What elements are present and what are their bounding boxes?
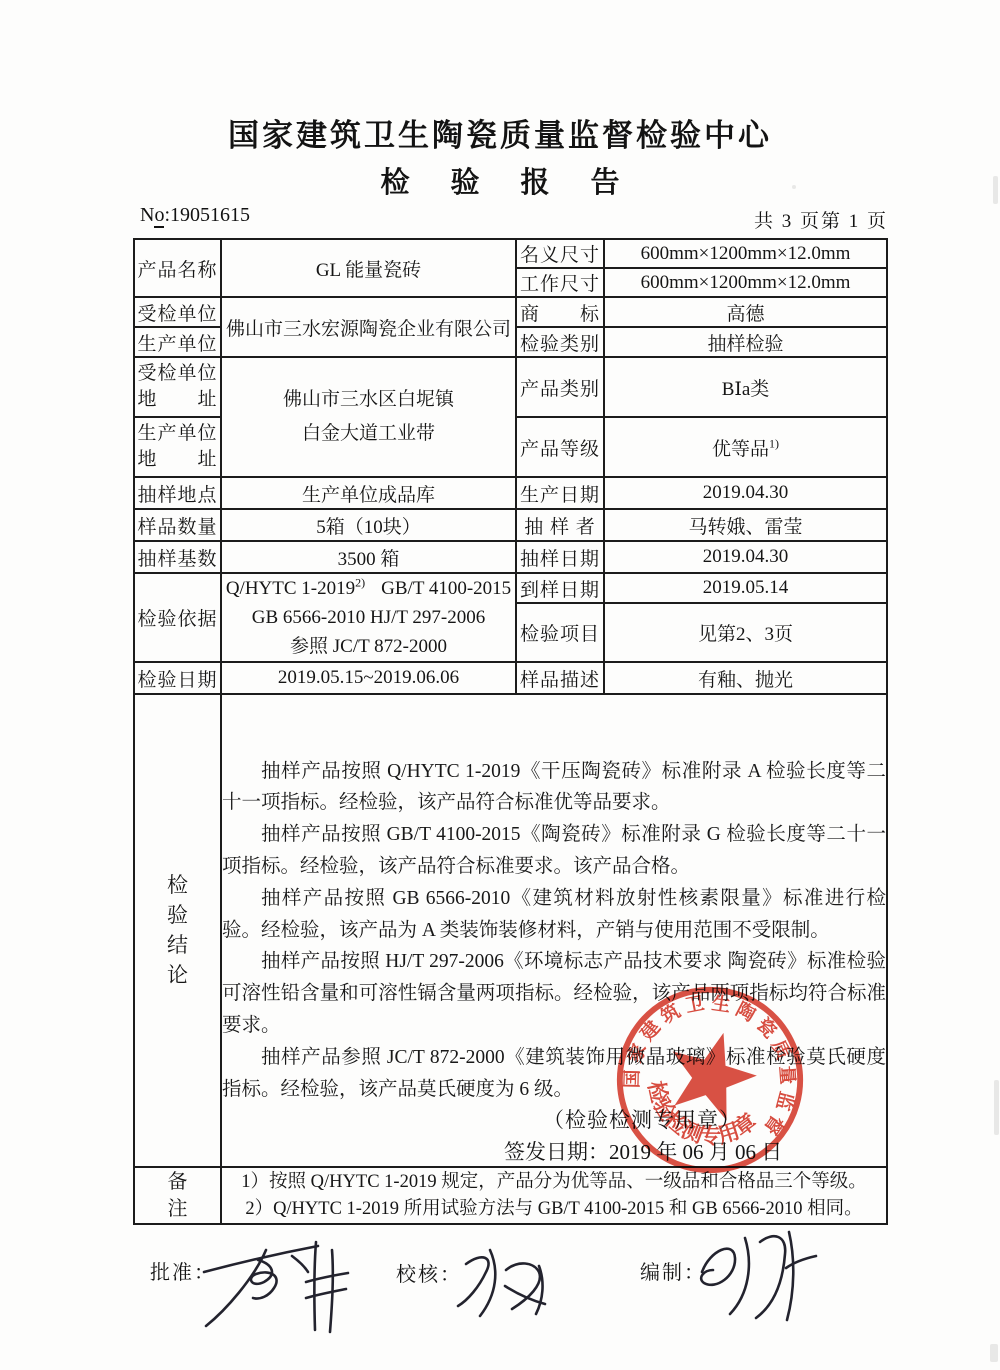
scan-streak [990,1344,998,1362]
report-title: 检验报告 [0,160,1000,201]
sample-quantity-label: 样品数量 [134,509,221,541]
prepare-signature [690,1226,825,1331]
sampling-date-label: 抽样日期 [516,541,604,573]
product-grade-value: 优等品1) [604,417,887,477]
approve-signature [196,1236,366,1336]
inspection-category-label: 检验类别 [516,327,604,357]
sampler-value: 马转娥、雷莹 [604,509,887,541]
review-signature [448,1242,563,1327]
product-category-value: BⅠa类 [604,357,887,417]
inspected-unit-label: 受检单位 [134,297,221,327]
page-count: 共 3 页第 1 页 [754,206,888,233]
inspection-items-value: 见第2、3页 [604,603,887,662]
sample-description-label: 样品描述 [516,662,604,694]
report-number: No:19051615 [140,204,250,227]
sampling-date-value: 2019.04.30 [604,541,887,573]
production-date-label: 生产日期 [516,477,604,509]
sample-description-value: 有釉、抛光 [604,662,887,694]
nominal-size-value: 600mm×1200mm×12.0mm [604,239,887,268]
inspection-category-value: 抽样检验 [604,327,887,357]
product-category-label: 产品类别 [516,357,604,417]
production-date-value: 2019.04.30 [604,477,887,509]
organization-title: 国家建筑卫生陶瓷质量监督检验中心 [0,110,1000,155]
sampler-label: 抽 样 者 [516,509,604,541]
inspection-items-label: 检验项目 [516,603,604,662]
sampling-place-label: 抽样地点 [134,477,221,509]
sampling-base-label: 抽样基数 [134,541,221,573]
trademark-label: 商 标 [516,297,604,327]
working-size-value: 600mm×1200mm×12.0mm [604,268,887,297]
conclusion-label: 检 验 结 论 [134,694,221,1167]
report-page: 国家建筑卫生陶瓷质量监督检验中心 检验报告 No:19051615 共 3 页第… [0,0,1000,1370]
nominal-size-label: 名义尺寸 [516,239,604,268]
sampling-base-value: 3500 箱 [221,541,516,573]
address-value: 佛山市三水区白坭镇 白金大道工业带 [221,357,516,477]
product-grade-label: 产品等级 [516,417,604,477]
unit-name-value: 佛山市三水宏源陶瓷企业有限公司 [221,297,516,357]
scan-speck [792,185,796,189]
working-size-label: 工作尺寸 [516,268,604,297]
production-address-label: 生产单位 地 址 [134,417,221,477]
sampling-place-value: 生产单位成品库 [221,477,516,509]
inspection-basis-value: Q/HYTC 1-20192)GB/T 4100-2015 GB 6566-20… [221,573,516,662]
inspected-address-label: 受检单位 地 址 [134,357,221,417]
arrival-date-label: 到样日期 [516,573,604,603]
inspection-basis-label: 检验依据 [134,573,221,662]
product-name-value: GL 能量瓷砖 [221,239,516,297]
scan-streak [994,1080,999,1135]
scan-streak [993,176,998,204]
product-name-label: 产品名称 [134,239,221,297]
inspection-date-value: 2019.05.15~2019.06.06 [221,662,516,694]
production-unit-label: 生产单位 [134,327,221,357]
inspection-date-label: 检验日期 [134,662,221,694]
notes-label: 备 注 [134,1167,221,1224]
sample-quantity-value: 5箱（10块） [221,509,516,541]
notes-text: 1）按照 Q/HYTC 1-2019 规定，产品分为优等品、一级品和合格品三个等… [221,1167,887,1224]
trademark-value: 高德 [604,297,887,327]
arrival-date-value: 2019.05.14 [604,573,887,603]
